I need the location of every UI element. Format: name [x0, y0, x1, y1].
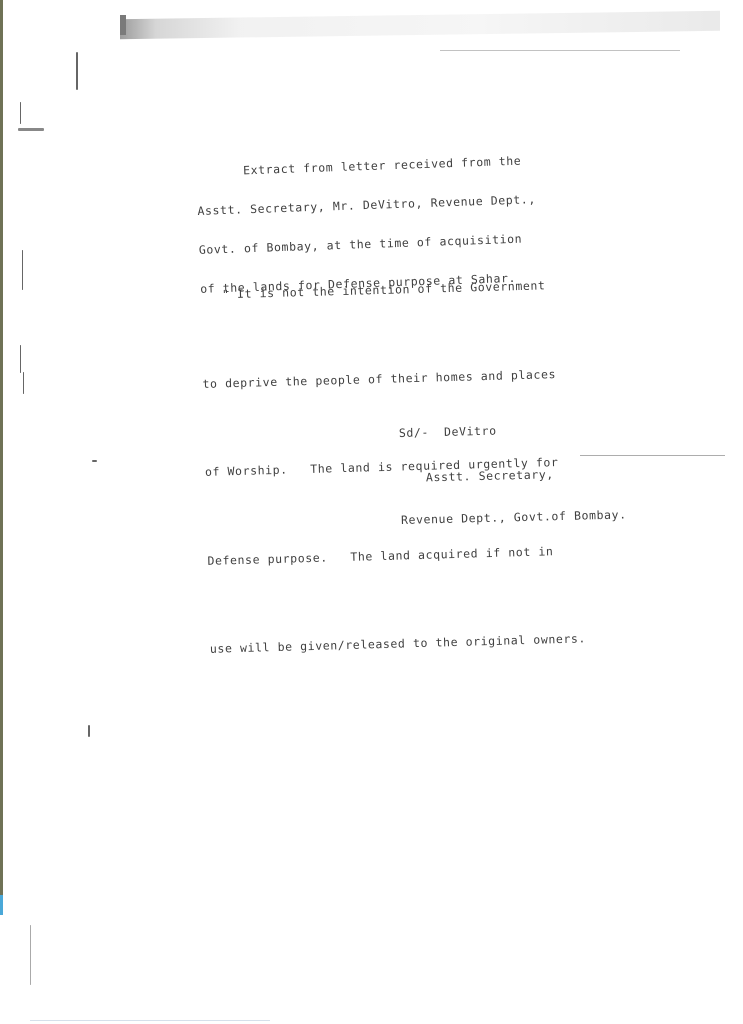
- scan-mark: [20, 102, 21, 124]
- signatory-name: Sd/- DeVitro: [399, 420, 625, 440]
- signatory-title: Asstt. Secretary,: [400, 465, 626, 485]
- scan-mark: [76, 52, 78, 90]
- scan-mark: [23, 372, 24, 394]
- quote-line: " It is not the intention of the Governm…: [200, 270, 577, 310]
- scan-mark: [18, 128, 44, 131]
- heading-line: Extract from letter received from the: [196, 154, 535, 179]
- scan-artifact-line: [30, 1020, 270, 1021]
- quote-line: Defense purpose. The land acquired if no…: [207, 536, 584, 576]
- quote-line: to deprive the people of their homes and…: [202, 359, 579, 399]
- scan-left-edge-blue: [0, 895, 3, 915]
- scan-mark: [92, 460, 97, 462]
- scan-left-edge: [0, 0, 3, 900]
- scan-mark: [20, 345, 21, 373]
- quote-line: use will be given/released to the origin…: [210, 624, 587, 664]
- scan-mark: [22, 250, 23, 290]
- signature-block: Sd/- DeVitro Asstt. Secretary, Revenue D…: [398, 392, 627, 540]
- scan-mark: [30, 925, 31, 985]
- scan-artifact-line: [440, 50, 680, 51]
- signatory-department: Revenue Dept., Govt.of Bombay.: [401, 507, 627, 527]
- scan-mark: [88, 725, 90, 737]
- scan-top-band-edge: [120, 15, 126, 35]
- scan-top-band: [120, 11, 720, 39]
